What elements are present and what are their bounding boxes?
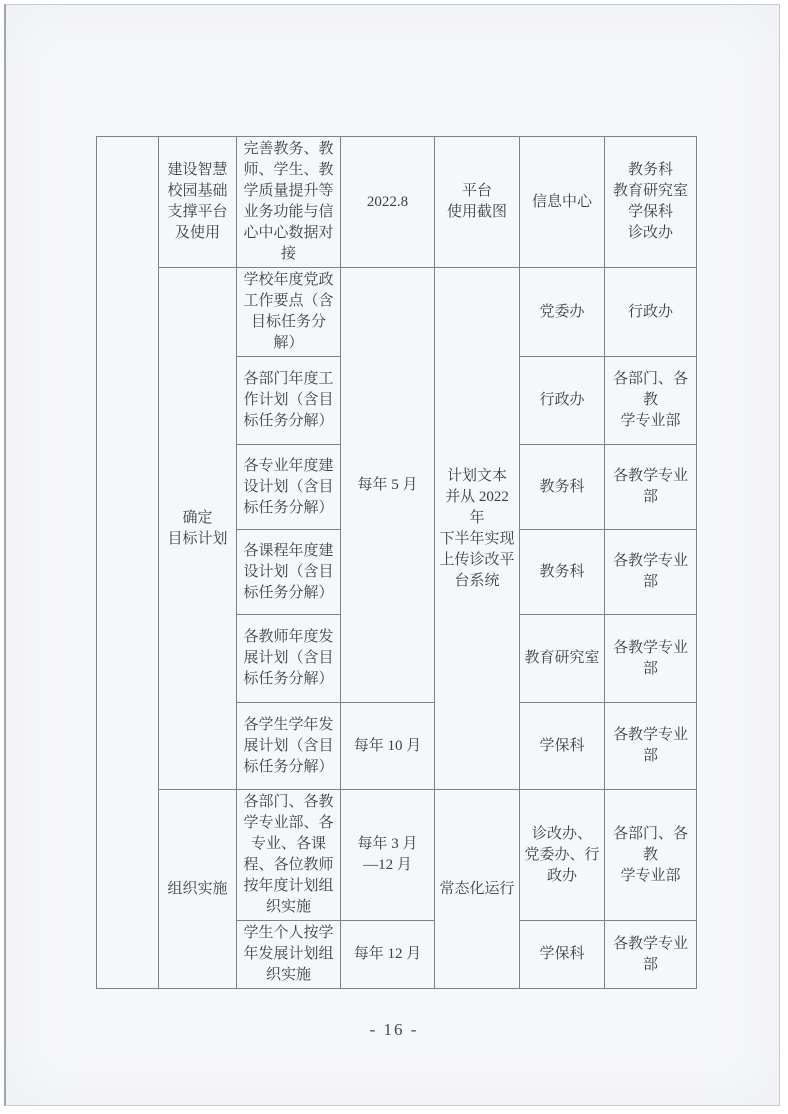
cell-task-r6: 各教师年度发展计划（含目标任务分解）	[237, 615, 341, 703]
cell-group-goal-plan: 确定 目标计划	[159, 268, 237, 790]
cell-lead-dept-r3: 行政办	[520, 357, 605, 445]
cell-lead-dept-r5: 教务科	[520, 530, 605, 615]
page-number: - 16 -	[0, 1020, 788, 1040]
cell-task-r7: 各学生学年发展计划（含目标任务分解）	[237, 703, 341, 790]
cell-co-dept-r2: 行政办	[605, 268, 697, 357]
table-row: 建设智慧校园基础支撑平台及使用 完善教务、教师、学生、教学质量提升等业务功能与信…	[97, 137, 697, 268]
cell-output-r1: 平台 使用截图	[435, 137, 520, 268]
cell-co-dept-r1: 教务科 教育研究室 学保科 诊改办	[605, 137, 697, 268]
cell-co-dept-r6: 各教学专业 部	[605, 615, 697, 703]
cell-task-r4: 各专业年度建设计划（含目标任务分解）	[237, 445, 341, 530]
cell-lead-dept-r7: 学保科	[520, 703, 605, 790]
cell-time-goal: 每年 5 月	[341, 268, 435, 703]
cell-time-r8: 每年 3 月 —12 月	[341, 790, 435, 921]
cell-co-dept-r7: 各教学专业 部	[605, 703, 697, 790]
work-plan-table: 建设智慧校园基础支撑平台及使用 完善教务、教师、学生、教学质量提升等业务功能与信…	[96, 136, 697, 989]
cell-lead-dept-r4: 教务科	[520, 445, 605, 530]
cell-task-r1: 完善教务、教师、学生、教学质量提升等业务功能与信心中心数据对接	[237, 137, 341, 268]
table-row: 确定 目标计划 学校年度党政工作要点（含目标任务分解） 每年 5 月 计划文本 …	[97, 268, 697, 357]
cell-lead-dept-r9: 学保科	[520, 921, 605, 989]
cell-group-implementation: 组织实施	[159, 790, 237, 989]
cell-co-dept-r4: 各教学专业 部	[605, 445, 697, 530]
cell-output-goal: 计划文本 并从 2022 年 下半年实现 上传诊改平 台系统	[435, 268, 520, 790]
cell-time-r1: 2022.8	[341, 137, 435, 268]
cell-time-r7: 每年 10 月	[341, 703, 435, 790]
cell-task-r5: 各课程年度建设计划（含目标任务分解）	[237, 530, 341, 615]
cell-time-r9: 每年 12 月	[341, 921, 435, 989]
cell-task-r9: 学生个人按学年发展计划组织实施	[237, 921, 341, 989]
cell-co-dept-r8: 各部门、各教 学专业部	[605, 790, 697, 921]
cell-lead-dept-r2: 党委办	[520, 268, 605, 357]
cell-sequence-empty	[97, 137, 159, 989]
cell-group-smart-campus: 建设智慧校园基础支撑平台及使用	[159, 137, 237, 268]
cell-task-r8: 各部门、各教学专业部、各专业、各课程、各位教师按年度计划组织实施	[237, 790, 341, 921]
cell-co-dept-r9: 各教学专业 部	[605, 921, 697, 989]
table-row: 组织实施 各部门、各教学专业部、各专业、各课程、各位教师按年度计划组织实施 每年…	[97, 790, 697, 921]
cell-lead-dept-r1: 信息中心	[520, 137, 605, 268]
cell-lead-dept-r8: 诊改办、 党委办、行 政办	[520, 790, 605, 921]
cell-co-dept-r5: 各教学专业 部	[605, 530, 697, 615]
cell-output-impl: 常态化运行	[435, 790, 520, 989]
cell-task-r2: 学校年度党政工作要点（含目标任务分解）	[237, 268, 341, 357]
cell-lead-dept-r6: 教育研究室	[520, 615, 605, 703]
cell-task-r3: 各部门年度工作计划（含目标任务分解）	[237, 357, 341, 445]
cell-co-dept-r3: 各部门、各教 学专业部	[605, 357, 697, 445]
